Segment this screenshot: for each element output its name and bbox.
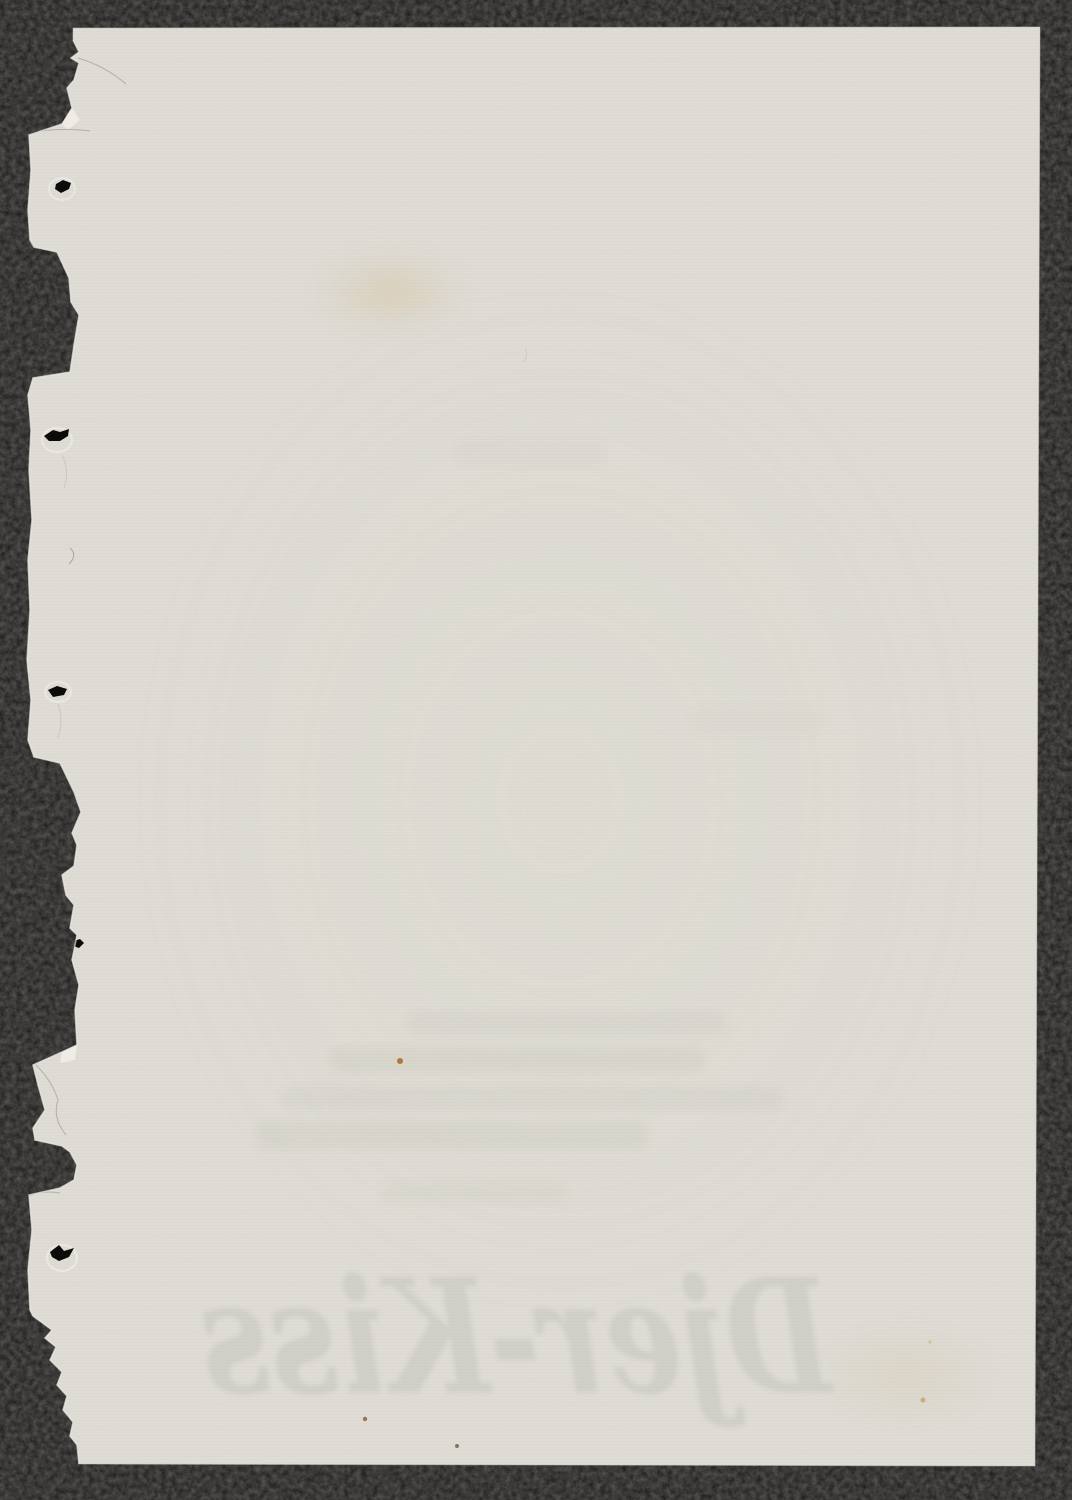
ghost-text-line [330,1048,705,1072]
rust-speck [363,1417,367,1421]
ghost-text-line [256,1122,648,1148]
ghost-logo-mirror-group: Djer-Kiss [201,1245,834,1430]
scan-canvas: Djer-Kiss [0,0,1072,1500]
tan-blotch-bottom [820,1327,990,1423]
ghost-text-line [382,1182,567,1202]
rust-speck [455,1444,459,1448]
ghost-text-line [282,1087,782,1109]
torn-page: Djer-Kiss [0,0,1072,1500]
soft-warm-area [130,280,990,1320]
scanned-page-photo: Djer-Kiss [0,0,1072,1500]
ghost-text-line [455,440,605,466]
rust-speck [928,1340,932,1344]
ghost-logo-djer-kiss: Djer-Kiss [201,1245,834,1430]
rust-speck [921,1398,926,1403]
rust-speck [397,1058,403,1064]
ghost-text-line [408,1012,726,1034]
ghost-text-line [690,706,820,736]
